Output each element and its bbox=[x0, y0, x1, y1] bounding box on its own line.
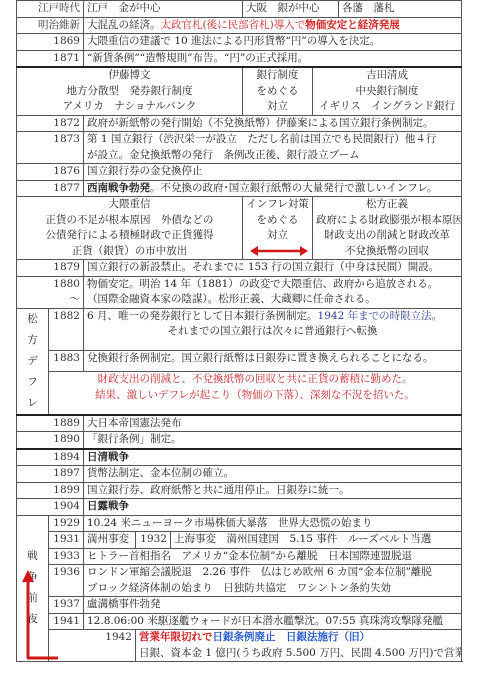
event-text: 日清戦争 bbox=[84, 449, 462, 466]
event-text: 満州事変 bbox=[84, 532, 136, 549]
matsukata-deflation-label: 松 方 デ フ レ bbox=[17, 308, 49, 415]
row-1929: 戦 争 前 夜 1929 10.24 米ニューヨーク市場株価大暴落 世界大恐慌の… bbox=[17, 515, 462, 532]
matsukata-position: 松方正義 政府による財政膨張が根本原因 財政支出の削減と財政改革 不兌換紙幣の回… bbox=[313, 197, 462, 260]
debate-topic: インフレ対策 をめぐる 対立 bbox=[243, 197, 313, 260]
row-1899: 1899 国立銀行券、政府紙幣と共に通用停止。日銀券に統一。 bbox=[17, 482, 462, 499]
year: 1931 bbox=[49, 532, 84, 549]
han-notes: 各藩 藩札 bbox=[339, 1, 462, 18]
event-text: “新貨条例”“造幣規則”布告。“円”の正式採用。 bbox=[84, 50, 462, 67]
event-text: 「銀行条例」制定。 bbox=[84, 432, 462, 449]
okuma-position: 大隈重信 正貨の不足が根本原因 外債などの 公債発行による積極財政で正貨獲得 正… bbox=[17, 197, 243, 260]
year: 1869 bbox=[17, 34, 84, 51]
year: 1894 bbox=[17, 449, 84, 466]
year: 1932 bbox=[136, 532, 171, 549]
row-deflation-summary: 財政支出の削減と、不兌換紙幣の回収と共に正貨の蓄積に勤めた。 結果、激しいデフレ… bbox=[17, 372, 462, 415]
year: 1890 bbox=[17, 432, 84, 449]
row-1904: 1904 日露戦争 bbox=[17, 499, 462, 516]
year: 1883 bbox=[49, 350, 84, 372]
event-text: 日露戦争 bbox=[84, 499, 462, 516]
year: 1872 bbox=[17, 115, 84, 132]
row-1941: 1941 12.8.06:00 米駆逐艦ウォードが日本潜水艦撃沈。07:55 真… bbox=[17, 613, 462, 630]
event-text: 盧溝橋事件勃発 bbox=[84, 597, 462, 614]
debate-inflation: 大隈重信 正貨の不足が根本原因 外債などの 公債発行による積極財政で正貨獲得 正… bbox=[17, 197, 462, 260]
row-1883: 1883 兌換銀行条例制定。国立銀行紙幣は日銀券に置き換えられることになる。 bbox=[17, 350, 462, 372]
event-text: 上海事変 満州国建国 5.15 事件 ルーズベルト当選 bbox=[171, 532, 462, 549]
row-1894: 1894 日清戦争 bbox=[17, 449, 462, 466]
event-text: 国立銀行の新設禁止。それまでに 153 行の国立銀行（中身は民間）開設。 bbox=[84, 260, 462, 277]
row-1872: 1872 政府が新紙幣の発行開始（不兌換紙幣）伊藤案による国立銀行条例制定。 bbox=[17, 115, 462, 132]
event-text: 営業年限切れで日銀条例廃止 日銀法施行（旧） 日銀、資本金 1 億円(うち政府 … bbox=[136, 630, 462, 662]
ito-position: 伊藤博文 地方分散型 発券銀行制度 アメリカ ナショナルバンク bbox=[17, 67, 243, 115]
event-text: ロンドン軍縮会議脱退 2.26 事件 仏はじめ欧州 6 カ国“金本位制”離脱 ブ… bbox=[84, 565, 462, 597]
up-arrow-icon bbox=[22, 570, 62, 662]
year: 1899 bbox=[17, 482, 84, 499]
event-text: 大隈重信の建議で 10 進法による円形貨幣“円”の導入を決定。 bbox=[84, 34, 462, 51]
year: 1882 bbox=[49, 308, 84, 350]
row-1873: 1873 第 1 国立銀行（渋沢栄一が設立 ただし名前は国立でも民間銀行）他４行… bbox=[17, 132, 462, 164]
row-1879: 1879 国立銀行の新設禁止。それまでに 153 行の国立銀行（中身は民間）開設… bbox=[17, 260, 462, 277]
row-meiji: 明治維新 大混乱の経済。太政官札(後に民部省札)導入で物価安定と経済発展 bbox=[17, 17, 462, 34]
row-1933: 1933 ヒトラー首相指名 アメリカ“金本位制”から離脱 日本国際連盟脱退 bbox=[17, 548, 462, 565]
year: 1879 bbox=[17, 260, 84, 277]
yoshida-position: 吉田清成 中央銀行制度 イギリス イングランド銀行 bbox=[313, 67, 462, 115]
row-1877: 1877 西南戦争勃発。不兌換の政府･国立銀行紙幣の大量発行で激しいインフレ。 bbox=[17, 180, 462, 197]
event-text: 兌換銀行条例制定。国立銀行紙幣は日銀券に置き換えられることになる。 bbox=[84, 350, 462, 372]
year: 1933 bbox=[49, 548, 84, 565]
row-1882: 松 方 デ フ レ 1882 6 月、唯一の発券銀行として日本銀行条例制定。19… bbox=[17, 308, 462, 350]
row-1897: 1897 貨幣法制定、金本位制の確立。 bbox=[17, 466, 462, 483]
edo-gold: 江戸 金が中心 bbox=[84, 1, 243, 18]
year: 1904 bbox=[17, 499, 84, 516]
double-arrow-icon bbox=[246, 244, 309, 258]
year: 1873 bbox=[17, 132, 84, 164]
event-text: 6 月、唯一の発券銀行として日本銀行条例制定。1942 年までの時限立法。 それ… bbox=[84, 308, 462, 350]
era-label: 江戸時代 bbox=[17, 1, 84, 18]
debate-banking-system: 伊藤博文 地方分散型 発券銀行制度 アメリカ ナショナルバンク 銀行制度 をめぐ… bbox=[17, 67, 462, 115]
event-text: ヒトラー首相指名 アメリカ“金本位制”から離脱 日本国際連盟脱退 bbox=[84, 548, 462, 565]
history-table-container: 江戸時代 江戸 金が中心 大阪 銀が中心 各藩 藩札 明治維新 大混乱の経済。太… bbox=[16, 0, 461, 662]
event-text: 大日本帝国憲法発布 bbox=[84, 415, 462, 432]
row-1936: 1936 ロンドン軍縮会議脱退 2.26 事件 仏はじめ欧州 6 カ国“金本位制… bbox=[17, 565, 462, 597]
event-text: 12.8.06:00 米駆逐艦ウォードが日本潜水艦撃沈。07:55 真珠湾攻撃隊… bbox=[84, 613, 462, 630]
year: 1877 bbox=[17, 180, 84, 197]
year: 1880～ bbox=[17, 276, 84, 308]
event-text: 物価安定。明治 14 年（1881）の政変で大隈重信、政府から追放される。 （国… bbox=[84, 276, 462, 308]
event-text: 西南戦争勃発。不兌換の政府･国立銀行紙幣の大量発行で激しいインフレ。 bbox=[84, 180, 462, 197]
deflation-summary: 財政支出の削減と、不兌換紙幣の回収と共に正貨の蓄積に勤めた。 結果、激しいデフレ… bbox=[49, 372, 462, 415]
year: 1876 bbox=[17, 164, 84, 181]
debate-topic: 銀行制度 をめぐる 対立 bbox=[243, 67, 313, 115]
row-1890: 1890 「銀行条例」制定。 bbox=[17, 432, 462, 449]
osaka-silver: 大阪 銀が中心 bbox=[243, 1, 339, 18]
event-text: 貨幣法制定、金本位制の確立。 bbox=[84, 466, 462, 483]
year: 1897 bbox=[17, 466, 84, 483]
row-1880: 1880～ 物価安定。明治 14 年（1881）の政変で大隈重信、政府から追放さ… bbox=[17, 276, 462, 308]
row-1876: 1876 国立銀行券の金兌換停止 bbox=[17, 164, 462, 181]
event-text: 政府が新紙幣の発行開始（不兌換紙幣）伊藤案による国立銀行条例制定。 bbox=[84, 115, 462, 132]
row-1931: 1931 満州事変 1932 上海事変 満州国建国 5.15 事件 ルーズベルト… bbox=[17, 532, 462, 549]
row-1937: 1937 盧溝橋事件勃発 bbox=[17, 597, 462, 614]
year: 1871 bbox=[17, 50, 84, 67]
event-text: 第 1 国立銀行（渋沢栄一が設立 ただし名前は国立でも民間銀行）他４行 が設立。… bbox=[84, 132, 462, 164]
row-1942: 1942 営業年限切れで日銀条例廃止 日銀法施行（旧） 日銀、資本金 1 億円(… bbox=[17, 630, 462, 662]
row-1869: 1869 大隈重信の建議で 10 進法による円形貨幣“円”の導入を決定。 bbox=[17, 34, 462, 51]
event-text: 国立銀行券の金兌換停止 bbox=[84, 164, 462, 181]
era-label: 明治維新 bbox=[17, 17, 84, 34]
event-text: 国立銀行券、政府紙幣と共に通用停止。日銀券に統一。 bbox=[84, 482, 462, 499]
year: 1929 bbox=[49, 515, 84, 532]
event-text: 10.24 米ニューヨーク市場株価大暴落 世界大恐慌の始まり bbox=[84, 515, 462, 532]
row-1871: 1871 “新貨条例”“造幣規則”布告。“円”の正式採用。 bbox=[17, 50, 462, 67]
banking-history-table: 江戸時代 江戸 金が中心 大阪 銀が中心 各藩 藩札 明治維新 大混乱の経済。太… bbox=[16, 0, 462, 662]
row-1889: 1889 大日本帝国憲法発布 bbox=[17, 415, 462, 432]
row-edo: 江戸時代 江戸 金が中心 大阪 銀が中心 各藩 藩札 bbox=[17, 1, 462, 18]
year: 1889 bbox=[17, 415, 84, 432]
meiji-text: 大混乱の経済。太政官札(後に民部省札)導入で物価安定と経済発展 bbox=[84, 17, 462, 34]
